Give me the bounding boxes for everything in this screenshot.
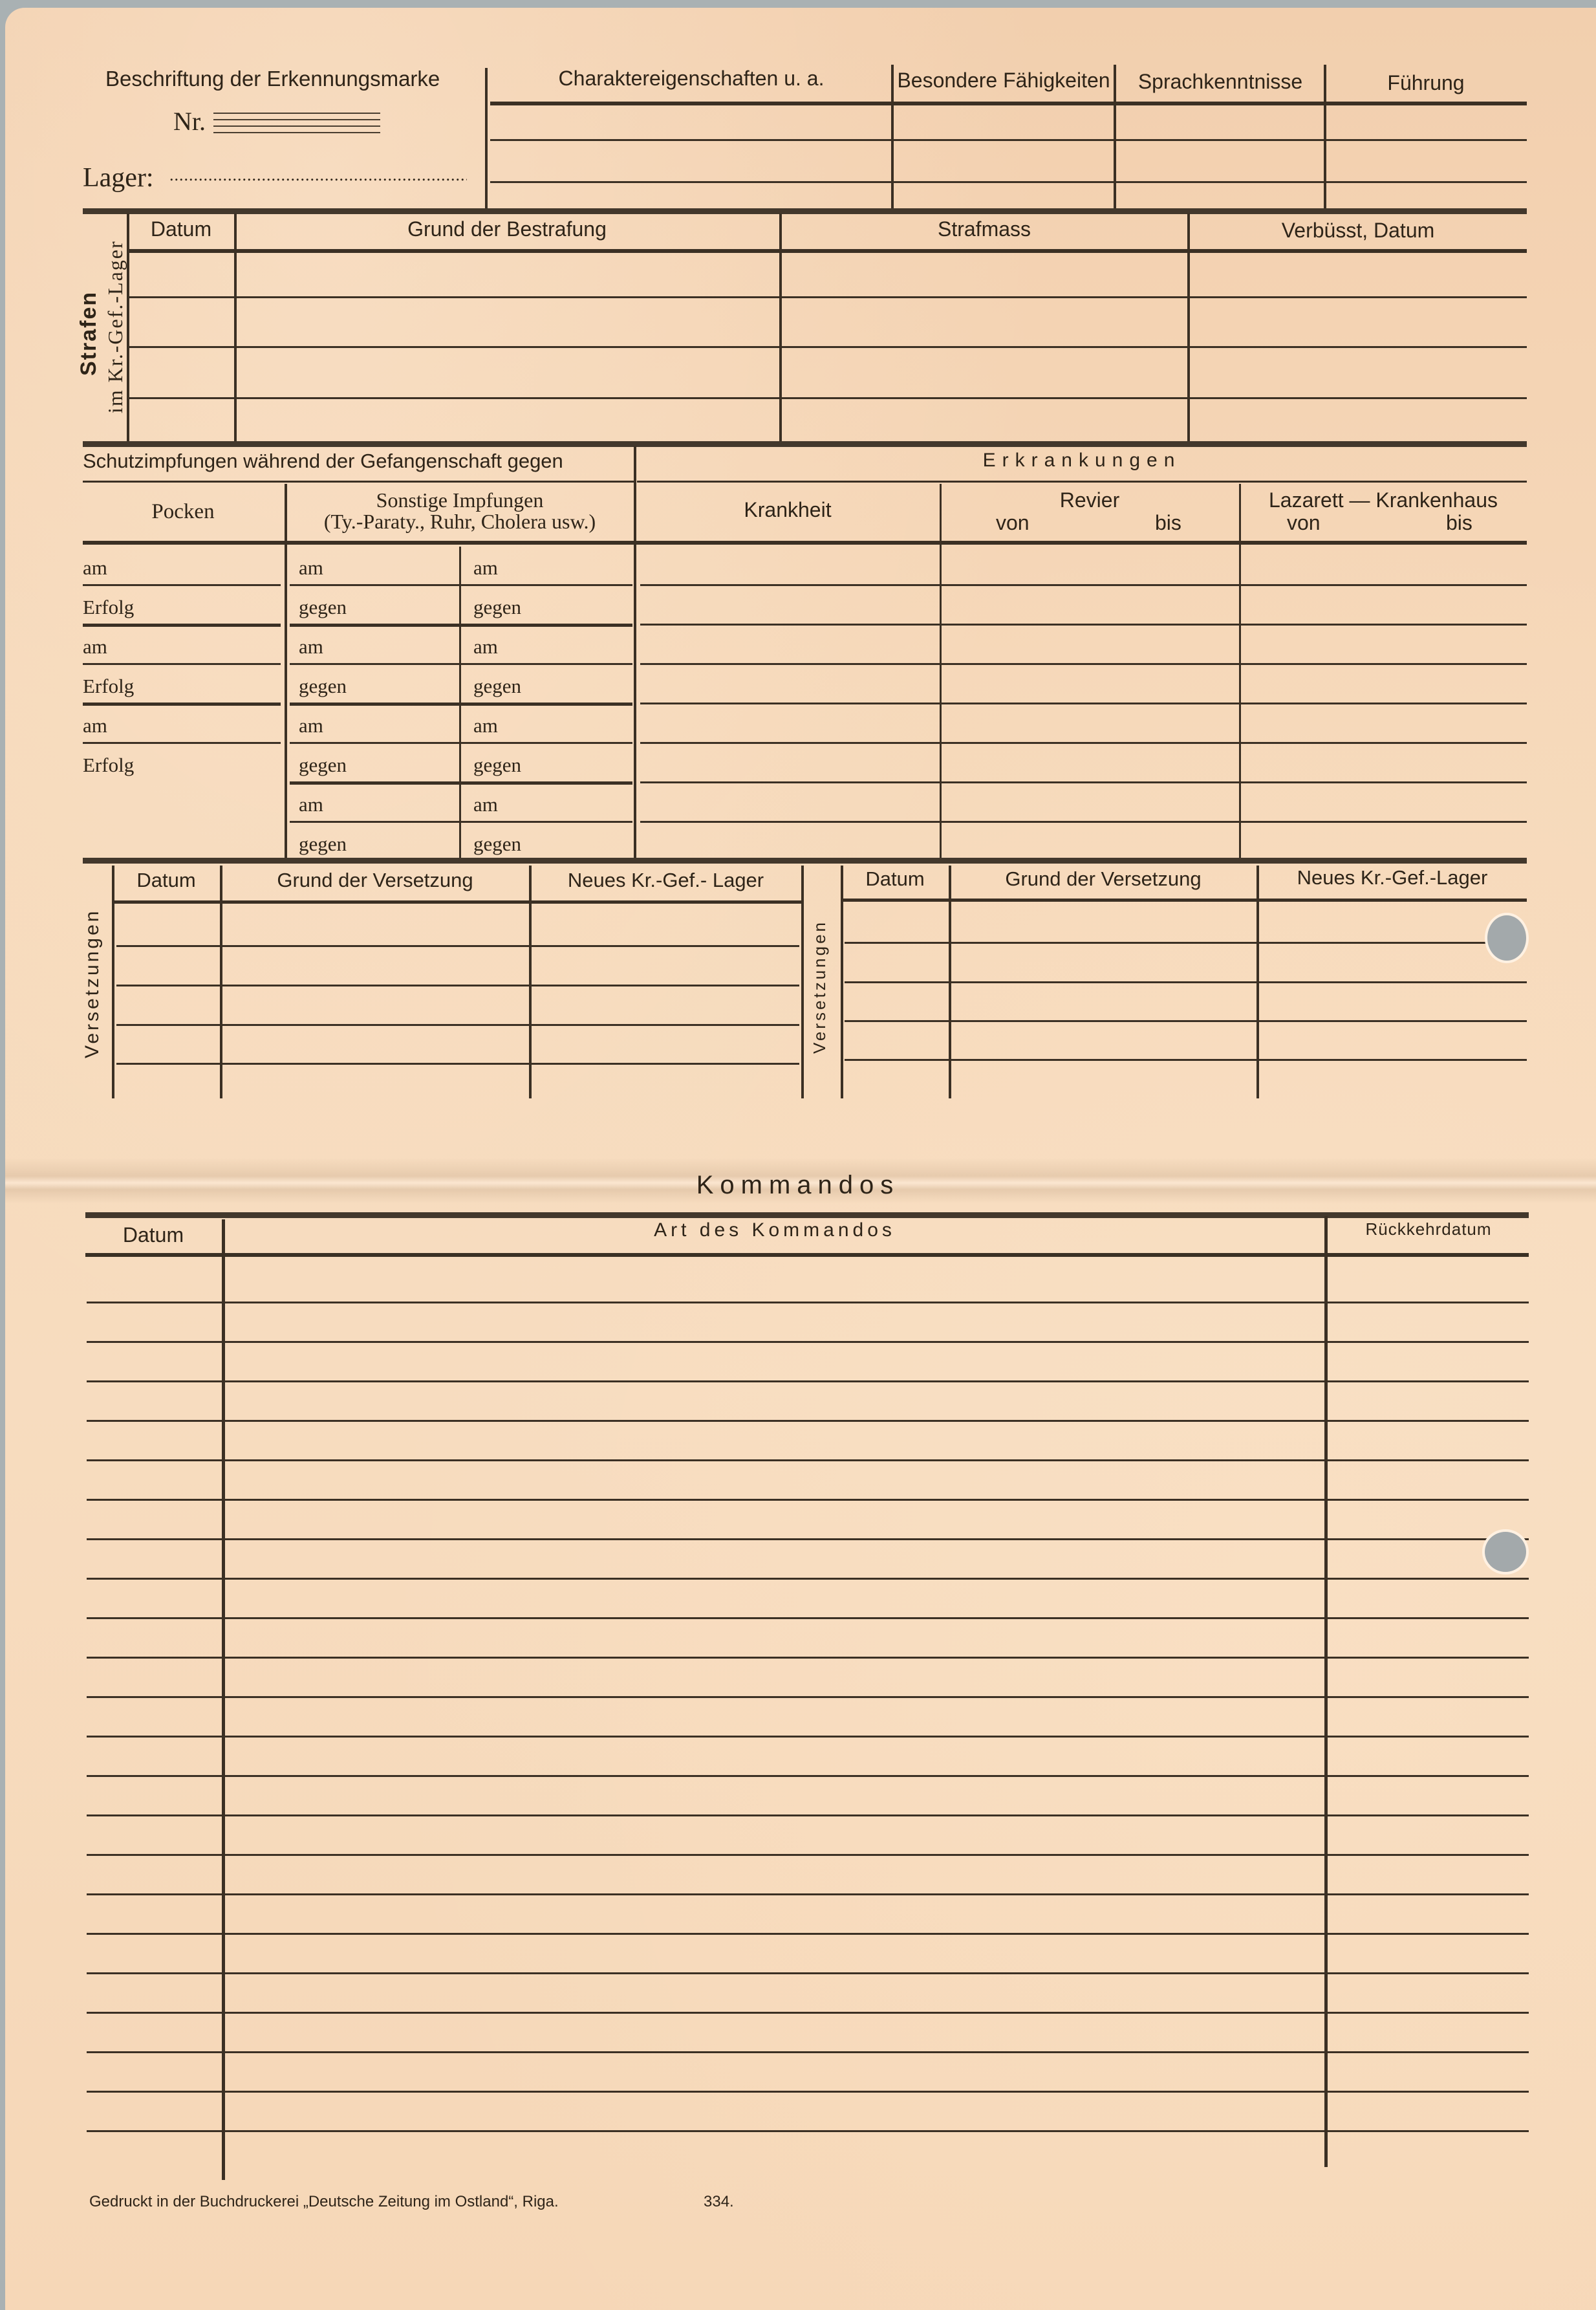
erkrankung-row-line[interactable]: [640, 703, 1527, 704]
schutzimpfungen-title: Schutzimpfungen während der Gefangenscha…: [83, 451, 563, 471]
revier-bis-label: bis: [1155, 512, 1181, 533]
revier-label: Revier: [942, 490, 1238, 510]
sonstige-cell-a[interactable]: am: [299, 558, 323, 578]
divider: [801, 866, 804, 1098]
rule: [290, 584, 632, 586]
pocken-cell[interactable]: am: [83, 637, 107, 657]
sonstige-cell-b[interactable]: gegen: [473, 597, 521, 617]
sonstige-cell-b[interactable]: am: [473, 794, 498, 814]
versetzung-row-line[interactable]: [116, 945, 799, 947]
lazarett-bis-label: bis: [1446, 512, 1472, 533]
versetzung-row-line[interactable]: [845, 942, 1527, 944]
pocken-cell[interactable]: Erfolg: [83, 597, 134, 617]
sonstige-cell-a[interactable]: gegen: [299, 676, 347, 696]
kommando-row-line[interactable]: [87, 1302, 1529, 1303]
kommando-row-line[interactable]: [87, 2012, 1529, 2014]
versetzung-row-line[interactable]: [116, 1063, 799, 1065]
strafen-col-verbuesst: Verbüsst, Datum: [1190, 220, 1526, 241]
rule: [490, 139, 1527, 141]
kommando-row-line[interactable]: [87, 1657, 1529, 1659]
sonstige-cell-a[interactable]: am: [299, 794, 323, 814]
rule: [83, 481, 634, 483]
rule: [83, 624, 281, 627]
sonstige-cell-a[interactable]: am: [299, 715, 323, 735]
rule: [83, 541, 1527, 545]
versetzung-left-col-lager: Neues Kr.-Gef.- Lager: [532, 870, 800, 890]
punch-hole: [1485, 1532, 1526, 1572]
sonstige-cell-b[interactable]: am: [473, 637, 498, 657]
versetzung-row-line[interactable]: [116, 985, 799, 986]
sonstige-cell-b[interactable]: am: [473, 558, 498, 578]
kommandos-title: Kommandos: [0, 1172, 1596, 1198]
erkrankung-row-line[interactable]: [640, 584, 1527, 586]
lazarett-von-label: von: [1287, 512, 1321, 533]
strafen-row-line[interactable]: [129, 346, 1527, 348]
divider: [1324, 1216, 1328, 2167]
strafen-side-label: Strafen: [76, 233, 102, 433]
erkrankungen-title: Erkrankungen: [637, 451, 1527, 470]
strafen-label-line1: Strafen: [76, 290, 101, 375]
erkrankung-row-line[interactable]: [640, 742, 1527, 744]
kommandos-col-datum: Datum: [85, 1225, 221, 1245]
nr-label: Nr.: [173, 109, 206, 135]
sonstige-cell-a[interactable]: gegen: [299, 834, 347, 854]
rule: [83, 663, 281, 665]
versetzung-row-line[interactable]: [116, 1024, 799, 1026]
rule: [129, 249, 1527, 253]
rule: [290, 624, 632, 627]
rule: [490, 102, 1527, 105]
versetzung-right-col-lager: Neues Kr.-Gef.-Lager: [1259, 867, 1526, 888]
rule: [85, 1253, 1529, 1257]
lager-label: Lager:: [83, 164, 154, 191]
col-header-sprachkenntnisse: Sprachkenntnisse: [1116, 71, 1324, 92]
kommando-row-line[interactable]: [87, 1341, 1529, 1343]
sonstige-cell-a[interactable]: am: [299, 637, 323, 657]
pocken-cell[interactable]: am: [83, 715, 107, 735]
divider: [634, 446, 636, 860]
pocken-label: Pocken: [83, 501, 283, 523]
strafen-side-label-sub: im Kr.-Gef.-Lager: [103, 213, 127, 440]
rule: [290, 703, 632, 706]
versetzung-right-col-datum: Datum: [843, 869, 947, 889]
divider: [127, 213, 129, 442]
kommando-row-line[interactable]: [87, 1420, 1529, 1422]
kommando-row-line[interactable]: [87, 1499, 1529, 1501]
rule: [290, 781, 632, 785]
versetzungen-side-label-right: Versetzungen: [810, 912, 830, 1061]
sonstige-cell-a[interactable]: gegen: [299, 597, 347, 617]
erkrankung-row-line[interactable]: [640, 781, 1527, 783]
col-header-fuehrung: Führung: [1327, 72, 1525, 93]
versetzung-row-line[interactable]: [845, 981, 1527, 983]
printer-imprint: Gedruckt in der Buchdruckerei „Deutsche …: [89, 2194, 559, 2210]
rule: [83, 584, 281, 586]
section-rule: [83, 441, 1527, 447]
sonstige-label-2: (Ty.-Paraty., Ruhr, Cholera usw.): [287, 511, 632, 532]
sonstige-cell-b[interactable]: gegen: [473, 834, 521, 854]
col-header-faehigkeiten: Besondere Fähigkeiten: [894, 70, 1114, 91]
versetzung-left-col-grund: Grund der Versetzung: [222, 870, 528, 890]
kommando-row-line[interactable]: [87, 1538, 1529, 1540]
kommando-row-line[interactable]: [87, 1814, 1529, 1816]
erkrankung-row-line[interactable]: [640, 624, 1527, 626]
sonstige-cell-b[interactable]: gegen: [473, 755, 521, 775]
divider: [1324, 65, 1326, 210]
rule: [490, 181, 1527, 183]
strafen-col-grund: Grund der Bestrafung: [237, 219, 777, 239]
versetzung-right-col-grund: Grund der Versetzung: [951, 869, 1255, 889]
pocken-cell[interactable]: am: [83, 558, 107, 578]
punch-hole: [1487, 915, 1526, 961]
kommando-row-line[interactable]: [87, 2130, 1529, 2132]
kommando-row-line[interactable]: [87, 1854, 1529, 1856]
divider: [779, 213, 782, 442]
sonstige-label-1: Sonstige Impfungen: [287, 490, 632, 510]
erkrankung-row-line[interactable]: [640, 821, 1527, 823]
lager-field[interactable]: ........................................…: [169, 167, 467, 184]
divider: [1239, 484, 1241, 860]
strafen-row-line[interactable]: [129, 296, 1527, 298]
form-number: 334.: [704, 2194, 734, 2210]
nr-field[interactable]: [213, 111, 380, 137]
versetzung-left-col-datum: Datum: [114, 870, 218, 890]
versetzung-row-line[interactable]: [845, 1020, 1527, 1022]
versetzungen-side-label-left: Versetzungen: [81, 893, 103, 1074]
sonstige-cell-a[interactable]: gegen: [299, 755, 347, 775]
kommando-row-line[interactable]: [87, 1617, 1529, 1619]
section-rule: [83, 208, 1527, 214]
erkrankung-row-line[interactable]: [640, 663, 1527, 665]
rule: [290, 742, 632, 744]
divider: [940, 484, 942, 860]
rule: [83, 703, 281, 706]
kommando-row-line[interactable]: [87, 1578, 1529, 1580]
kommandos-col-art: Art des Kommandos: [225, 1221, 1324, 1240]
versetzung-row-line[interactable]: [845, 1059, 1527, 1061]
col-header-charakter: Charaktereigenschaften u. a.: [491, 68, 891, 89]
divider: [1114, 65, 1116, 210]
strafen-row-line[interactable]: [129, 397, 1527, 399]
divider: [234, 213, 237, 442]
rule: [290, 821, 632, 823]
kommando-row-line[interactable]: [87, 1893, 1529, 1895]
strafen-col-strafmass: Strafmass: [782, 219, 1186, 239]
rule: [83, 742, 281, 744]
divider: [1187, 213, 1190, 442]
kommando-row-line[interactable]: [87, 1696, 1529, 1698]
krankheit-label: Krankheit: [637, 499, 938, 520]
section-rule: [85, 1212, 1529, 1218]
kommando-row-line[interactable]: [87, 1933, 1529, 1935]
rule: [637, 481, 1527, 483]
divider: [891, 65, 894, 210]
identification-title: Beschriftung der Erkennungsmarke: [105, 68, 440, 89]
rule: [290, 663, 632, 665]
kommando-row-line[interactable]: [87, 2051, 1529, 2053]
revier-von-label: von: [996, 512, 1030, 533]
rule: [114, 900, 801, 904]
kommando-row-line[interactable]: [87, 1380, 1529, 1382]
kommandos-col-rueckkehr: Rückkehrdatum: [1328, 1221, 1529, 1237]
kommando-row-line[interactable]: [87, 1736, 1529, 1738]
pocken-cell[interactable]: Erfolg: [83, 676, 134, 696]
kommando-row-line[interactable]: [87, 1775, 1529, 1777]
kommando-row-line[interactable]: [87, 1459, 1529, 1461]
rule: [843, 899, 1527, 902]
divider: [222, 1219, 225, 2180]
pocken-cell[interactable]: Erfolg: [83, 755, 134, 775]
divider: [485, 68, 488, 212]
strafen-col-datum: Datum: [129, 219, 233, 239]
sonstige-cell-b[interactable]: am: [473, 715, 498, 735]
sonstige-cell-b[interactable]: gegen: [473, 676, 521, 696]
kommando-row-line[interactable]: [87, 2091, 1529, 2093]
section-rule: [83, 858, 1527, 864]
lazarett-label: Lazarett — Krankenhaus: [1241, 490, 1526, 510]
kommando-row-line[interactable]: [87, 1972, 1529, 1974]
